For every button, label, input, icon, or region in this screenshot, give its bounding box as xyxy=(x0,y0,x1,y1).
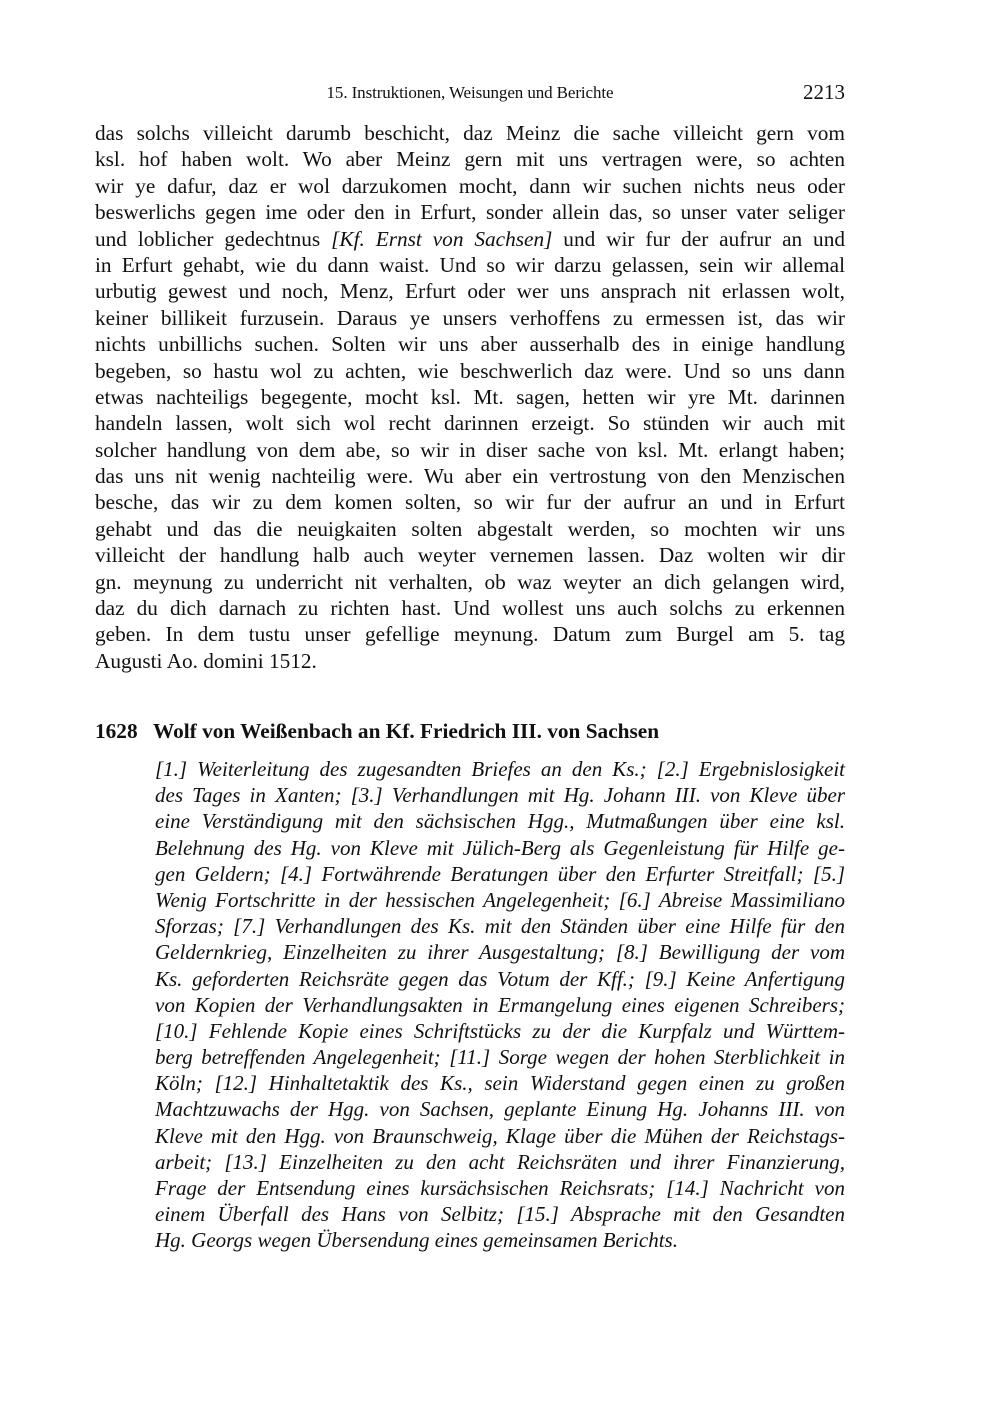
text-line: das uns nit wenig nachteilig were. Wu ab… xyxy=(95,463,845,489)
summary-line: des Tages in Xanten; [3.] Verhandlungen … xyxy=(155,782,845,808)
summary-line: Geldernkrieg, Einzelheiten zu ihrer Ausg… xyxy=(155,939,845,965)
text-line: daz du dich darnach zu richten hast. Und… xyxy=(95,595,845,621)
entry-number: 1628 xyxy=(95,717,153,745)
summary-line: Köln; [12.] Hinhaltetaktik des Ks., sein… xyxy=(155,1070,845,1096)
summary-line: Sforzas; [7.] Verhandlungen des Ks. mit … xyxy=(155,913,845,939)
text-line: keiner billikeit furzusein. Daraus ye un… xyxy=(95,305,845,331)
summary-line: Frage der Entsendung eines kursächsische… xyxy=(155,1175,845,1201)
entry-title: Wolf von Weißenbach an Kf. Friedrich III… xyxy=(153,719,659,743)
summary-line: eine Verständigung mit den sächsischen H… xyxy=(155,808,845,834)
editorial-note: [Kf. Ernst von Sachsen] xyxy=(331,227,552,251)
summary-line: [10.] Fehlende Kopie eines Schriftstücks… xyxy=(155,1018,845,1044)
text-line: gn. meynung zu underricht nit verhalten,… xyxy=(95,569,845,595)
text-line: nichts unbillichs suchen. Solten wir uns… xyxy=(95,331,845,357)
text-line: urbutig gewest und noch, Menz, Erfurt od… xyxy=(95,278,845,304)
text-line: das solchs villeicht darumb beschicht, d… xyxy=(95,120,845,146)
text-line: in Erfurt gehabt, wie du dann waist. Und… xyxy=(95,252,845,278)
body-text: das solchs villeicht darumb beschicht, d… xyxy=(95,120,845,674)
text-line: beswerlichs gegen ime oder den in Erfurt… xyxy=(95,199,845,225)
text-line-with-editorial-note: und loblicher gedechtnus [Kf. Ernst von … xyxy=(95,226,845,252)
entry-summary: [1.] Weiterleitung des zugesandten Brief… xyxy=(155,756,845,1254)
text-line: besche, das wir zu dem komen solten, so … xyxy=(95,489,845,515)
summary-line: [1.] Weiterleitung des zugesandten Brief… xyxy=(155,756,845,782)
text-line: handeln lassen, wolt sich wol recht dari… xyxy=(95,410,845,436)
summary-line: gen Geldern; [4.] Fortwährende Beratunge… xyxy=(155,861,845,887)
summary-line: einem Überfall des Hans von Selbitz; [15… xyxy=(155,1201,845,1227)
summary-line: Wenig Fortschritte in der hessischen Ang… xyxy=(155,887,845,913)
summary-line: berg betreffenden Angelegenheit; [11.] S… xyxy=(155,1044,845,1070)
summary-line: Ks. geforderten Reichsräte gegen das Vot… xyxy=(155,966,845,992)
summary-line: Kleve mit den Hgg. von Braunschweig, Kla… xyxy=(155,1123,845,1149)
text-line: gehabt und das die neuigkaiten solten ab… xyxy=(95,516,845,542)
summary-line: Belehnung des Hg. von Kleve mit Jülich-B… xyxy=(155,835,845,861)
running-head: 15. Instruktionen, Weisungen und Bericht… xyxy=(95,80,845,106)
entry-heading: 1628Wolf von Weißenbach an Kf. Friedrich… xyxy=(95,717,845,745)
text-fragment: und wir fur der aufrur an und xyxy=(552,227,845,251)
text-line: Augusti Ao. domini 1512. xyxy=(95,648,845,674)
text-line: etwas nachteiligs begegente, mocht ksl. … xyxy=(95,384,845,410)
text-line: wir ye dafur, daz er wol darzukomen moch… xyxy=(95,173,845,199)
summary-line: arbeit; [13.] Einzelheiten zu den acht R… xyxy=(155,1149,845,1175)
text-line: ksl. hof haben wolt. Wo aber Meinz gern … xyxy=(95,146,845,172)
text-fragment: und loblicher gedechtnus xyxy=(95,227,331,251)
page-number: 2213 xyxy=(803,80,845,105)
text-line: solcher handlung von dem abe, so wir in … xyxy=(95,437,845,463)
summary-line: von Kopien der Verhandlungsakten in Erma… xyxy=(155,992,845,1018)
running-title: 15. Instruktionen, Weisungen und Bericht… xyxy=(95,83,845,103)
text-line: villeicht der handlung halb auch weyter … xyxy=(95,542,845,568)
summary-line: Machtzuwachs der Hgg. von Sachsen, gepla… xyxy=(155,1096,845,1122)
text-line: begeben, so hastu wol zu achten, wie bes… xyxy=(95,358,845,384)
text-line: geben. In dem tustu unser gefellige meyn… xyxy=(95,621,845,647)
summary-line: Hg. Georgs wegen Übersendung eines gemei… xyxy=(155,1227,845,1253)
